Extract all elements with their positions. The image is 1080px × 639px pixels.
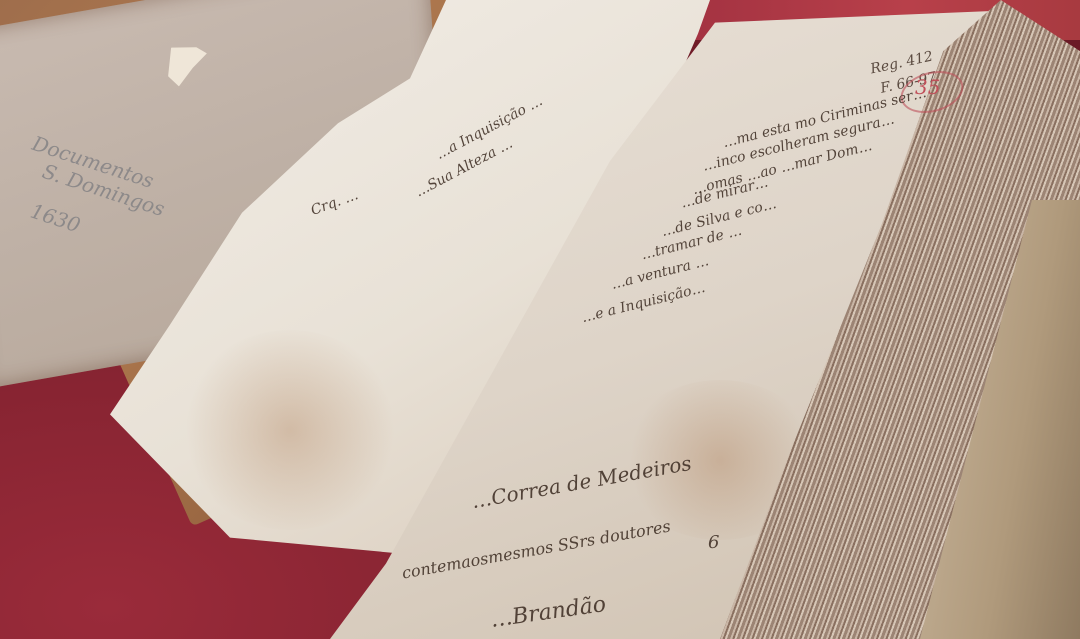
paper-fragment: [161, 41, 214, 89]
manuscript-photo: Documentos S. Domingos 1630 …a Inquisiçã…: [0, 0, 1080, 639]
page-number: 6: [708, 532, 719, 553]
water-stain: [180, 330, 400, 530]
